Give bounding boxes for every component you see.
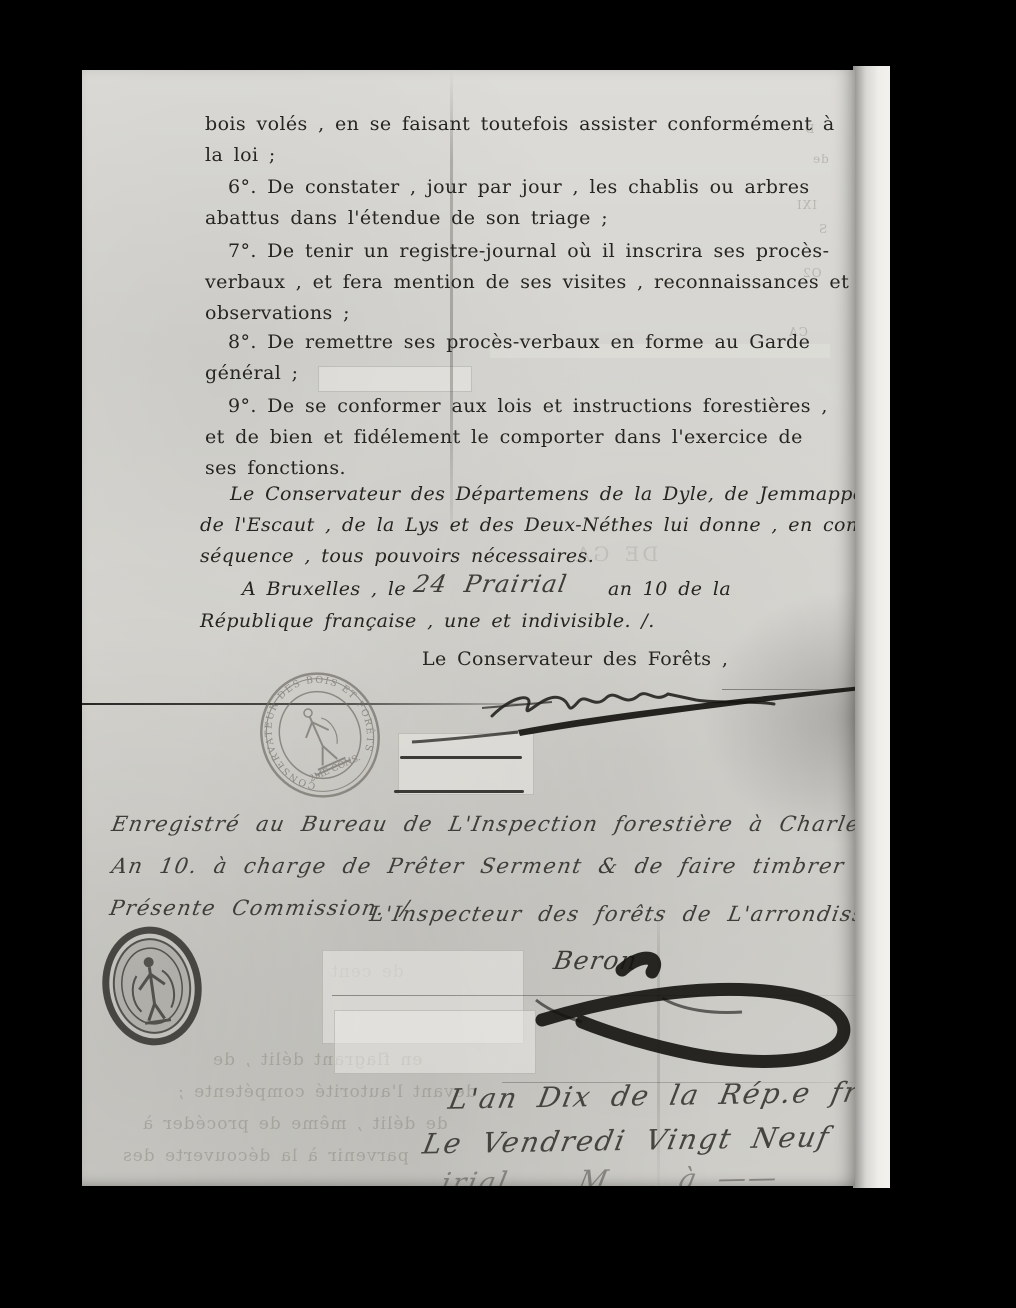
wax-seal [92, 918, 212, 1054]
bottom-date-line-2: Le Vendredi Vingt Neuf [420, 1120, 833, 1160]
printed-line: bois volés , en se faisant toutefois ass… [205, 113, 835, 135]
inspector-line: L'Inspecteur des forêts de L'arrondissem… [368, 902, 855, 926]
bleedthrough-line: de délit , même de procéder à [142, 1114, 448, 1134]
printed-line: séquence , tous pouvoirs nécessaires. [200, 545, 594, 567]
document-page: D de IXI S O2 CA DE GA de cent en flagra… [82, 70, 855, 1186]
printed-line: observations ; [205, 302, 350, 324]
dateline-handwritten-date: 24 Prairial [412, 570, 570, 598]
printed-line-conservateur: Le Conservateur des Départemens de la Dy… [230, 483, 855, 505]
printed-line-article-8: 8°. De remettre ses procès-verbaux en fo… [228, 331, 810, 353]
official-stamp: CONSERVATEUR DES BOIS ET FORÊTS 2ME CONS… [243, 658, 396, 813]
ink-dash [394, 790, 524, 793]
scanned-document: D de IXI S O2 CA DE GA de cent en flagra… [0, 0, 1016, 1308]
dateline-prefix: A Bruxelles , le [242, 578, 406, 600]
bottom-date-line-1: L'an Dix de la Rép.e française, [446, 1073, 855, 1115]
printed-line: ses fonctions. [205, 457, 346, 479]
bottom-date-partial: …irial … M … à —— [408, 1161, 782, 1186]
bleedthrough-fragment: S [818, 222, 827, 236]
printed-line: abattus dans l'étendue de son triage ; [205, 207, 608, 229]
printed-line: de l'Escaut , de la Lys et des Deux-Néth… [200, 514, 855, 536]
printed-line-article-7: 7°. De tenir un registre-journal où il i… [228, 240, 829, 262]
signature-paraph [512, 950, 855, 1090]
bleedthrough-line: parvenir à la découverte des [122, 1146, 409, 1166]
printed-line: général ; [205, 362, 298, 384]
registration-line-3: Présente Commission. / [108, 896, 412, 920]
conservator-title: Le Conservateur des Forêts , [422, 648, 728, 670]
printed-line-article-9: 9°. De se conformer aux lois et instruct… [228, 395, 828, 417]
dateline-line2: République française , une et indivisibl… [200, 610, 655, 632]
registration-line-1: Enregistré au Bureau de L'Inspection for… [110, 812, 855, 836]
bleedthrough-fragment: IXI [796, 198, 817, 212]
registration-line-2: An 10. à charge de Prêter Serment & de f… [110, 854, 855, 878]
printed-line: et de bien et fidélement le comporter da… [205, 426, 803, 448]
tape-patch [334, 1010, 536, 1074]
printed-line: la loi ; [205, 144, 276, 166]
scanner-bed-edge [853, 66, 890, 1188]
ink-fold-wedge [82, 670, 855, 790]
bleedthrough-line: devant l'autorité compétente ; [177, 1082, 477, 1102]
tape-patch [318, 366, 472, 392]
vertical-fold-crease [450, 70, 453, 530]
printed-line: verbaux , et fera mention de ses visites… [205, 271, 849, 293]
dateline-suffix: an 10 de la [608, 578, 731, 600]
printed-line-article-6: 6°. De constater , jour par jour , les c… [228, 176, 810, 198]
bleedthrough-fragment: de [812, 152, 829, 166]
